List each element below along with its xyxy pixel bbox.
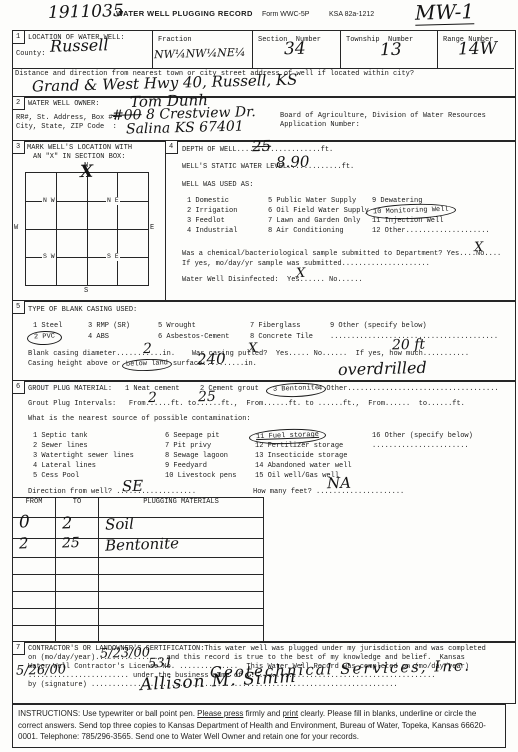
form-number: Form WWC-5P [262,10,309,19]
from-value: 2 [13,538,55,548]
section3-title-line2: AN "X" IN SECTION BOX: [33,153,125,162]
instructions-text: INSTRUCTIONS: Use typewriter or ball poi… [18,709,486,741]
contamination-option: 3 Watertight sewer lines [33,451,134,461]
sample-question: Was a chemical/bacteriological sample su… [182,250,501,259]
compass-west-label: W [14,224,18,233]
fraction-label: Fraction [158,36,192,45]
certification-line-1: CONTRACTOR'S OR LANDOWNER'S CERTIFICATIO… [28,645,486,654]
used-option: 7 Lawn and Garden Only [268,216,369,226]
divider [252,30,253,68]
used-option: 4 Industrial [187,226,237,236]
direction-from-well-label: Direction from well? ................... [28,488,196,497]
used-option: 12 Other.................... [372,226,490,236]
table-row-empty [13,609,264,626]
casing-option: 8 Concrete Tile [250,333,313,342]
casing-height-value: 240 [197,350,226,369]
license-number-handwritten: 531 [148,656,173,672]
material-value: Soil [99,515,263,530]
application-number-label: Application Number: [280,121,360,130]
contamination-option: 13 Insecticide storage [255,451,352,461]
agency-label: Board of Agriculture, Division of Water … [280,112,486,121]
disinfected-no-x-mark: X [296,266,306,281]
casing-option: 5 Wrought [158,322,196,331]
well-used-as-label: WELL WAS USED AS: [182,181,253,190]
section-location-grid: N W N E S W S E [25,172,149,286]
casing-title: TYPE OF BLANK CASING USED: [28,306,137,315]
contamination-option: 5 Cess Pool [33,471,134,481]
form-title: WATER WELL PLUGGING RECORD [116,9,253,18]
contamination-option: 1 Septic tank [33,431,134,441]
well-id-annotation: MW-1 [415,0,475,26]
casing-option: 7 Fiberglass [250,322,300,331]
grid-se-label: S E [106,253,120,261]
table-row-empty [13,626,264,642]
contamination-option: 10 Livestock pens [165,471,236,481]
casing-option: 6 Asbestos-Cement [158,333,229,342]
disinfected-question: Water Well Disinfected: Yes...... No....… [182,276,363,285]
county-label: County: [16,50,45,59]
used-option: 2 Irrigation [187,206,237,216]
contamination-option: 16 Other (specify below) [372,431,473,441]
section1-number: 1 [13,31,25,44]
grid-nw-label: N W [42,197,56,205]
contamination-column-2: 6 Seepage pit 7 Pit privy 8 Sewage lagoo… [165,431,236,481]
owner-address-label: RR#, St. Address, Box #: [16,114,117,123]
sample-if-yes-line: If yes, mo/day/yr sample was submitted..… [182,260,430,269]
contamination-option: 7 Pit privy [165,441,236,451]
divider [437,30,438,68]
contamination-option: 8 Sewage lagoon [165,451,236,461]
section3-title-line1: MARK WELL'S LOCATION WITH [27,144,132,153]
table-row-empty [13,575,264,592]
overdrilled-note-handwritten: overdrilled [338,358,427,379]
contamination-option: 6 Seepage pit [165,431,236,441]
grout-option: 4 Other.................................… [318,385,499,394]
casing-option: 3 RMP (SR) [88,322,130,331]
casing-pulled-yes-x-mark: X [248,341,258,356]
grid-line [26,229,148,230]
divider [340,30,341,68]
grid-ne-label: N E [106,197,120,205]
static-water-level-line: WELL'S STATIC WATER LEVEL.............ft… [182,163,354,172]
casing-pulled-amount-value: 20 ft [392,337,425,354]
static-level-value-handwritten: 8.90 [276,153,310,172]
section6-number: 6 [13,381,25,394]
to-value: 2 [56,517,98,527]
used-option: 6 Oil Field Water Supply [268,206,369,216]
record-date-handwritten: 5/26/00 [16,662,67,678]
contamination-option: 14 Abandoned water well [255,461,352,471]
divider [12,68,514,69]
date-completed-handwritten: 5/23/00 [100,645,151,661]
well-location-x-mark: X [80,162,94,182]
county-value-handwritten: Russell [50,35,109,56]
owner-title: WATER WELL OWNER: [28,100,99,109]
used-option: 8 Air Conditioning [268,226,369,236]
serial-number-handwritten: 1911035 [48,1,124,23]
feet-value-handwritten: NA [327,474,351,493]
used-option: 3 Feedlot [187,216,237,226]
contamination-option: 2 Sewer lines [33,441,134,451]
section2-number: 2 [13,97,25,110]
used-as-column-1: 1 Domestic 2 Irrigation 3 Feedlot 4 Indu… [187,196,237,236]
casing-option: 9 Other (specify below) [330,322,427,331]
instructions-box: INSTRUCTIONS: Use typewriter or ball poi… [12,704,506,748]
contamination-other-dots: ....................... [372,441,473,451]
contamination-column-4: 16 Other (specify below) ...............… [372,431,473,451]
to-value: 25 [56,538,98,548]
underlined-phrase: print [283,709,299,718]
section5-number: 5 [13,301,25,314]
owner-city-label: City, State, ZIP Code : [16,123,117,132]
interval-from-value: 2 [148,390,157,406]
used-as-column-3: 9 Dewatering 10 Monitoring Well 11 Injec… [372,196,490,236]
contamination-column-1: 1 Septic tank 2 Sewer lines 3 Watertight… [33,431,134,481]
range-number-value: 14W [458,38,498,59]
table-row-empty [13,558,264,575]
from-value: 0 [13,517,55,527]
underlined-phrase: Please press [197,709,243,718]
used-as-column-2: 5 Public Water Supply 6 Oil Field Water … [268,196,369,236]
interval-to-value: 25 [198,389,216,405]
table-row-empty [13,592,264,609]
divider [165,140,166,300]
divider [152,30,153,68]
sample-no-x-mark: X [474,240,484,255]
compass-south-label: S [84,287,88,296]
contamination-option: 4 Lateral lines [33,461,134,471]
direction-value-handwritten: SE [122,477,144,496]
ksa-number: KSA 82a-1212 [329,10,374,19]
township-number-value: 13 [380,40,402,61]
section3-number: 3 [13,141,25,154]
casing-diameter-value: 2 [143,341,152,357]
table-row: 2 25 Bentonite [13,539,264,558]
grid-sw-label: S W [42,253,56,261]
section-number-value: 34 [284,39,306,60]
material-value: Bentonite [99,536,263,551]
water-well-plugging-record-form: 1911035 WATER WELL PLUGGING RECORD Form … [0,0,518,752]
used-option: 5 Public Water Supply [268,196,369,206]
contamination-option: 9 Feedyard [165,461,236,471]
owner-city-handwritten: Salina KS 67401 [126,118,244,137]
plugging-materials-table: FROM TO PLUGGING MATERIALS 0 2 Soil 2 25… [12,497,264,642]
casing-option: 1 Steel [33,322,62,331]
section7-number: 7 [13,642,25,655]
section4-number: 4 [166,141,178,154]
grout-intervals-line: Grout Plug Intervals: From......ft. to..… [28,400,465,409]
casing-option: 4 ABS [88,333,109,342]
depth-value-handwritten: 25 [252,137,272,155]
contamination-question: What is the nearest source of possible c… [28,415,251,424]
compass-east-label: E [150,224,154,233]
fraction-value-handwritten: NW¼NW¼NE¼ [154,46,246,61]
grout-material-label: GROUT PLUG MATERIAL: [28,385,112,394]
used-option: 1 Domestic [187,196,237,206]
